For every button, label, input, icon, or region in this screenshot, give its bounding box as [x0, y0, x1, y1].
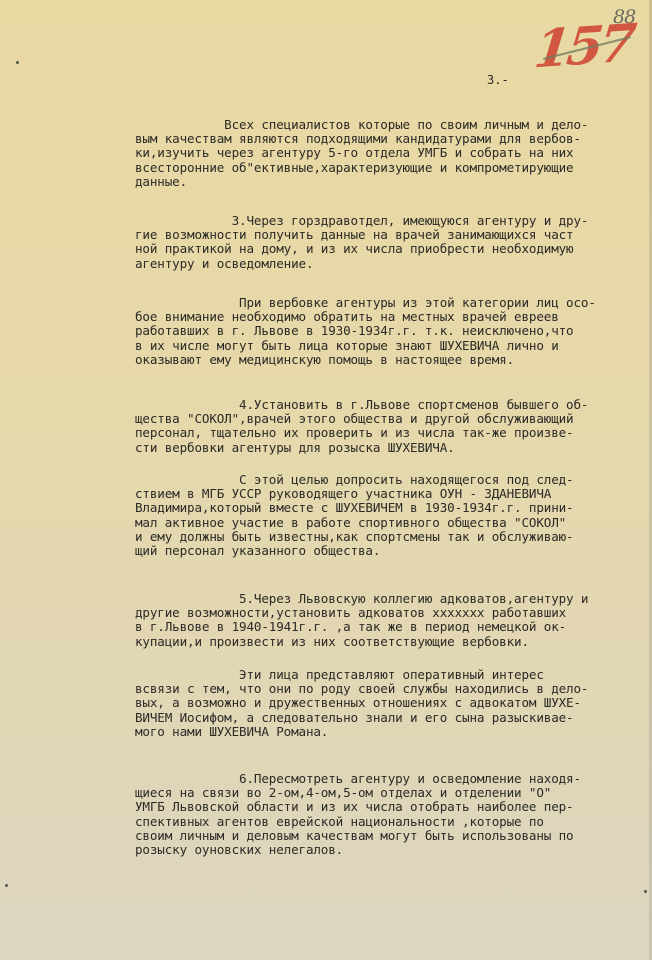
paragraph-interrogation: С этой целью допросить находящегося под …	[135, 473, 647, 558]
text-line: С этой целью допросить находящегося под …	[135, 473, 647, 487]
text-line: При вербовке агентуры из этой категории …	[135, 296, 647, 310]
text-line: 3.Через горздравотдел, имеющуюся агентур…	[135, 214, 647, 228]
text-line: в г.Львове в 1940-1941г.г. ,а так же в п…	[135, 620, 647, 634]
page-number: 3.-	[487, 73, 509, 87]
red-folio-number: 157	[531, 13, 635, 81]
text-line: Всех специалистов которые по своим личны…	[135, 118, 647, 132]
text-line: ВИЧЕМ Иосифом, а следовательно знали и е…	[135, 711, 647, 725]
text-line: щества "СОКОЛ",врачей этого общества и д…	[135, 412, 647, 426]
text-line: мал активное участие в работе спортивног…	[135, 516, 647, 530]
text-line: щиеся на связи во 2-ом,4-ом,5-ом отделах…	[135, 786, 647, 800]
text-line: бое внимание необходимо обратить на мест…	[135, 310, 647, 324]
text-line: ной практикой на дому, и из их числа при…	[135, 242, 647, 256]
paper-speck	[644, 890, 647, 893]
text-line: гие возможности получить данные на враче…	[135, 228, 647, 242]
text-line: спективных агентов еврейской национально…	[135, 815, 647, 829]
paragraph-item-6: 6.Пересмотреть агентуру и осведомление н…	[135, 772, 647, 857]
text-line: другие возможности,установить адковатов …	[135, 606, 647, 620]
text-line: в их числе могут быть лица которые знают…	[135, 339, 647, 353]
text-line: Эти лица представляют оперативный интере…	[135, 668, 647, 682]
text-line: вым качествам являются подходящими канди…	[135, 132, 647, 146]
text-line: ки,изучить через агентуру 5-го отдела УМ…	[135, 146, 647, 160]
text-line: оказывают ему медицинскую помощь в насто…	[135, 353, 647, 367]
text-line: персонал, тщательно их проверить и из чи…	[135, 426, 647, 440]
text-line: всесторонние об"ективные,характеризующие…	[135, 161, 647, 175]
paragraph-item-5: 5.Через Львовскую коллегию адковатов,аге…	[135, 592, 647, 649]
text-line: розыску оуновских нелегалов.	[135, 843, 647, 857]
text-line: 5.Через Львовскую коллегию адковатов,аге…	[135, 592, 647, 606]
text-line: мого нами ШУХЕВИЧА Романа.	[135, 725, 647, 739]
paragraph-item-3: 3.Через горздравотдел, имеющуюся агентур…	[135, 214, 647, 271]
text-line: агентуру и осведомление.	[135, 257, 647, 271]
text-line: УМГБ Львовской области и из их числа ото…	[135, 800, 647, 814]
text-line: данные.	[135, 175, 647, 189]
text-line: всвязи с тем, что они по роду своей служ…	[135, 682, 647, 696]
paragraph-recruitment-doctors: При вербовке агентуры из этой категории …	[135, 296, 647, 367]
text-line: вых, а возможно и дружественных отношени…	[135, 696, 647, 710]
text-line: щий персонал указанного общества.	[135, 544, 647, 558]
paragraph-lawyers-interest: Эти лица представляют оперативный интере…	[135, 668, 647, 739]
text-line: купации,и произвести из них соответствую…	[135, 635, 647, 649]
text-line: 6.Пересмотреть агентуру и осведомление н…	[135, 772, 647, 786]
paper-speck	[5, 884, 8, 887]
text-line: работавших в г. Львове в 1930-1934г.г. т…	[135, 324, 647, 338]
paper-speck	[16, 61, 19, 64]
paragraph-specialists: Всех специалистов которые по своим личны…	[135, 118, 647, 189]
text-line: 4.Установить в г.Львове спортсменов бывш…	[135, 398, 647, 412]
text-line: своим личным и деловым качествам могут б…	[135, 829, 647, 843]
paragraph-item-4: 4.Установить в г.Львове спортсменов бывш…	[135, 398, 647, 455]
text-line: Владимира,который вместе с ШУХЕВИЧЕМ в 1…	[135, 501, 647, 515]
text-line: сти вербовки агентуры для розыска ШУХЕВИ…	[135, 441, 647, 455]
text-line: и ему должны быть известны,как спортсмен…	[135, 530, 647, 544]
text-line: ствием в МГБ УССР руководящего участника…	[135, 487, 647, 501]
